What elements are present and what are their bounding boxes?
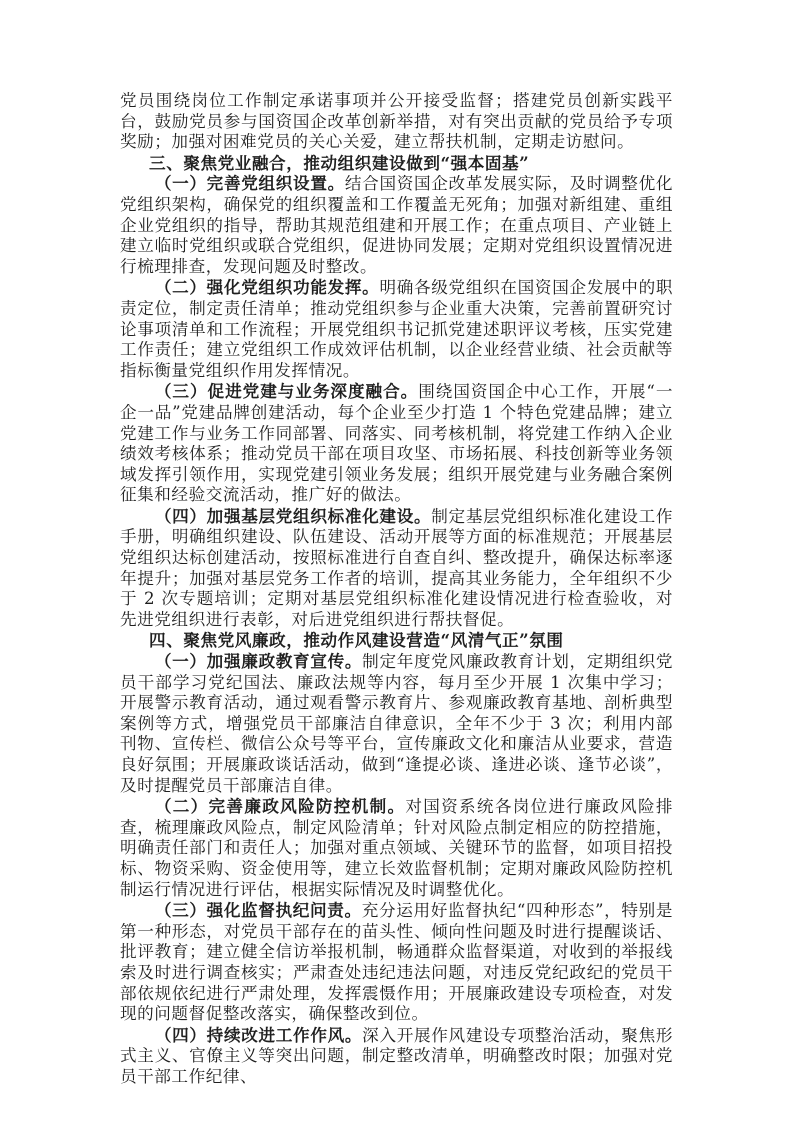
paragraph-text: 党员围绕岗位工作制定承诺事项并公开接受监督；搭建党员创新实践平台，鼓励党员参与国… bbox=[120, 91, 673, 151]
paragraph-3-3: （三）促进党建与业务深度融合。围绕国资国企中心工作，开展“一企一品”党建品牌创建… bbox=[120, 381, 673, 506]
paragraph-title: （四）持续改进工作作风。 bbox=[155, 1025, 362, 1045]
paragraph-3-1: （一）完善党组织设置。结合国资国企改革发展实际，及时调整优化党组织架构，确保党的… bbox=[120, 173, 673, 277]
paragraph-title: （一）完善党组织设置。 bbox=[155, 173, 345, 193]
paragraph-title: （三）强化监督执纪问责。 bbox=[155, 900, 362, 920]
paragraph-text: 制定年度党风廉政教育计划，定期组织党员干部学习党纪国法、廉政法规等内容，每月至少… bbox=[120, 652, 673, 795]
document-page: 党员围绕岗位工作制定承诺事项并公开接受监督；搭建党员创新实践平台，鼓励党员参与国… bbox=[120, 91, 673, 1088]
heading-text: 四、聚焦党风廉政，推动作风建设营造“风清气正”氛围 bbox=[149, 630, 564, 650]
section-heading-4: 四、聚焦党风廉政，推动作风建设营造“风清气正”氛围 bbox=[120, 630, 673, 651]
paragraph-4-4: （四）持续改进工作作风。深入开展作风建设专项整治活动，聚焦形式主义、官僚主义等突… bbox=[120, 1025, 673, 1088]
paragraph-continuation: 党员围绕岗位工作制定承诺事项并公开接受监督；搭建党员创新实践平台，鼓励党员参与国… bbox=[120, 91, 673, 153]
paragraph-3-4: （四）加强基层党组织标准化建设。制定基层党组织标准化建设工作手册，明确组织建设、… bbox=[120, 506, 673, 631]
paragraph-4-3: （三）强化监督执纪问责。充分运用好监督执纪“四种形态”，特别是第一种形态，对党员… bbox=[120, 900, 673, 1025]
paragraph-title: （一）加强廉政教育宣传。 bbox=[155, 651, 362, 671]
section-heading-3: 三、聚焦党业融合，推动组织建设做到“强本固基” bbox=[120, 153, 673, 174]
paragraph-3-2: （二）强化党组织功能发挥。明确各级党组织在国资国企发展中的职责定位，制定责任清单… bbox=[120, 277, 673, 381]
paragraph-title: （四）加强基层党组织标准化建设。 bbox=[155, 506, 431, 526]
paragraph-4-1: （一）加强廉政教育宣传。制定年度党风廉政教育计划，定期组织党员干部学习党纪国法、… bbox=[120, 651, 673, 796]
paragraph-title: （三）促进党建与业务深度融合。 bbox=[155, 381, 418, 401]
paragraph-4-2: （二）完善廉政风险防控机制。对国资系统各岗位进行廉政风险排查，梳理廉政风险点，制… bbox=[120, 796, 673, 900]
paragraph-title: （二）强化党组织功能发挥。 bbox=[155, 277, 380, 297]
heading-text: 三、聚焦党业融合，推动组织建设做到“强本固基” bbox=[149, 153, 529, 173]
paragraph-title: （二）完善廉政风险防控机制。 bbox=[155, 796, 406, 816]
